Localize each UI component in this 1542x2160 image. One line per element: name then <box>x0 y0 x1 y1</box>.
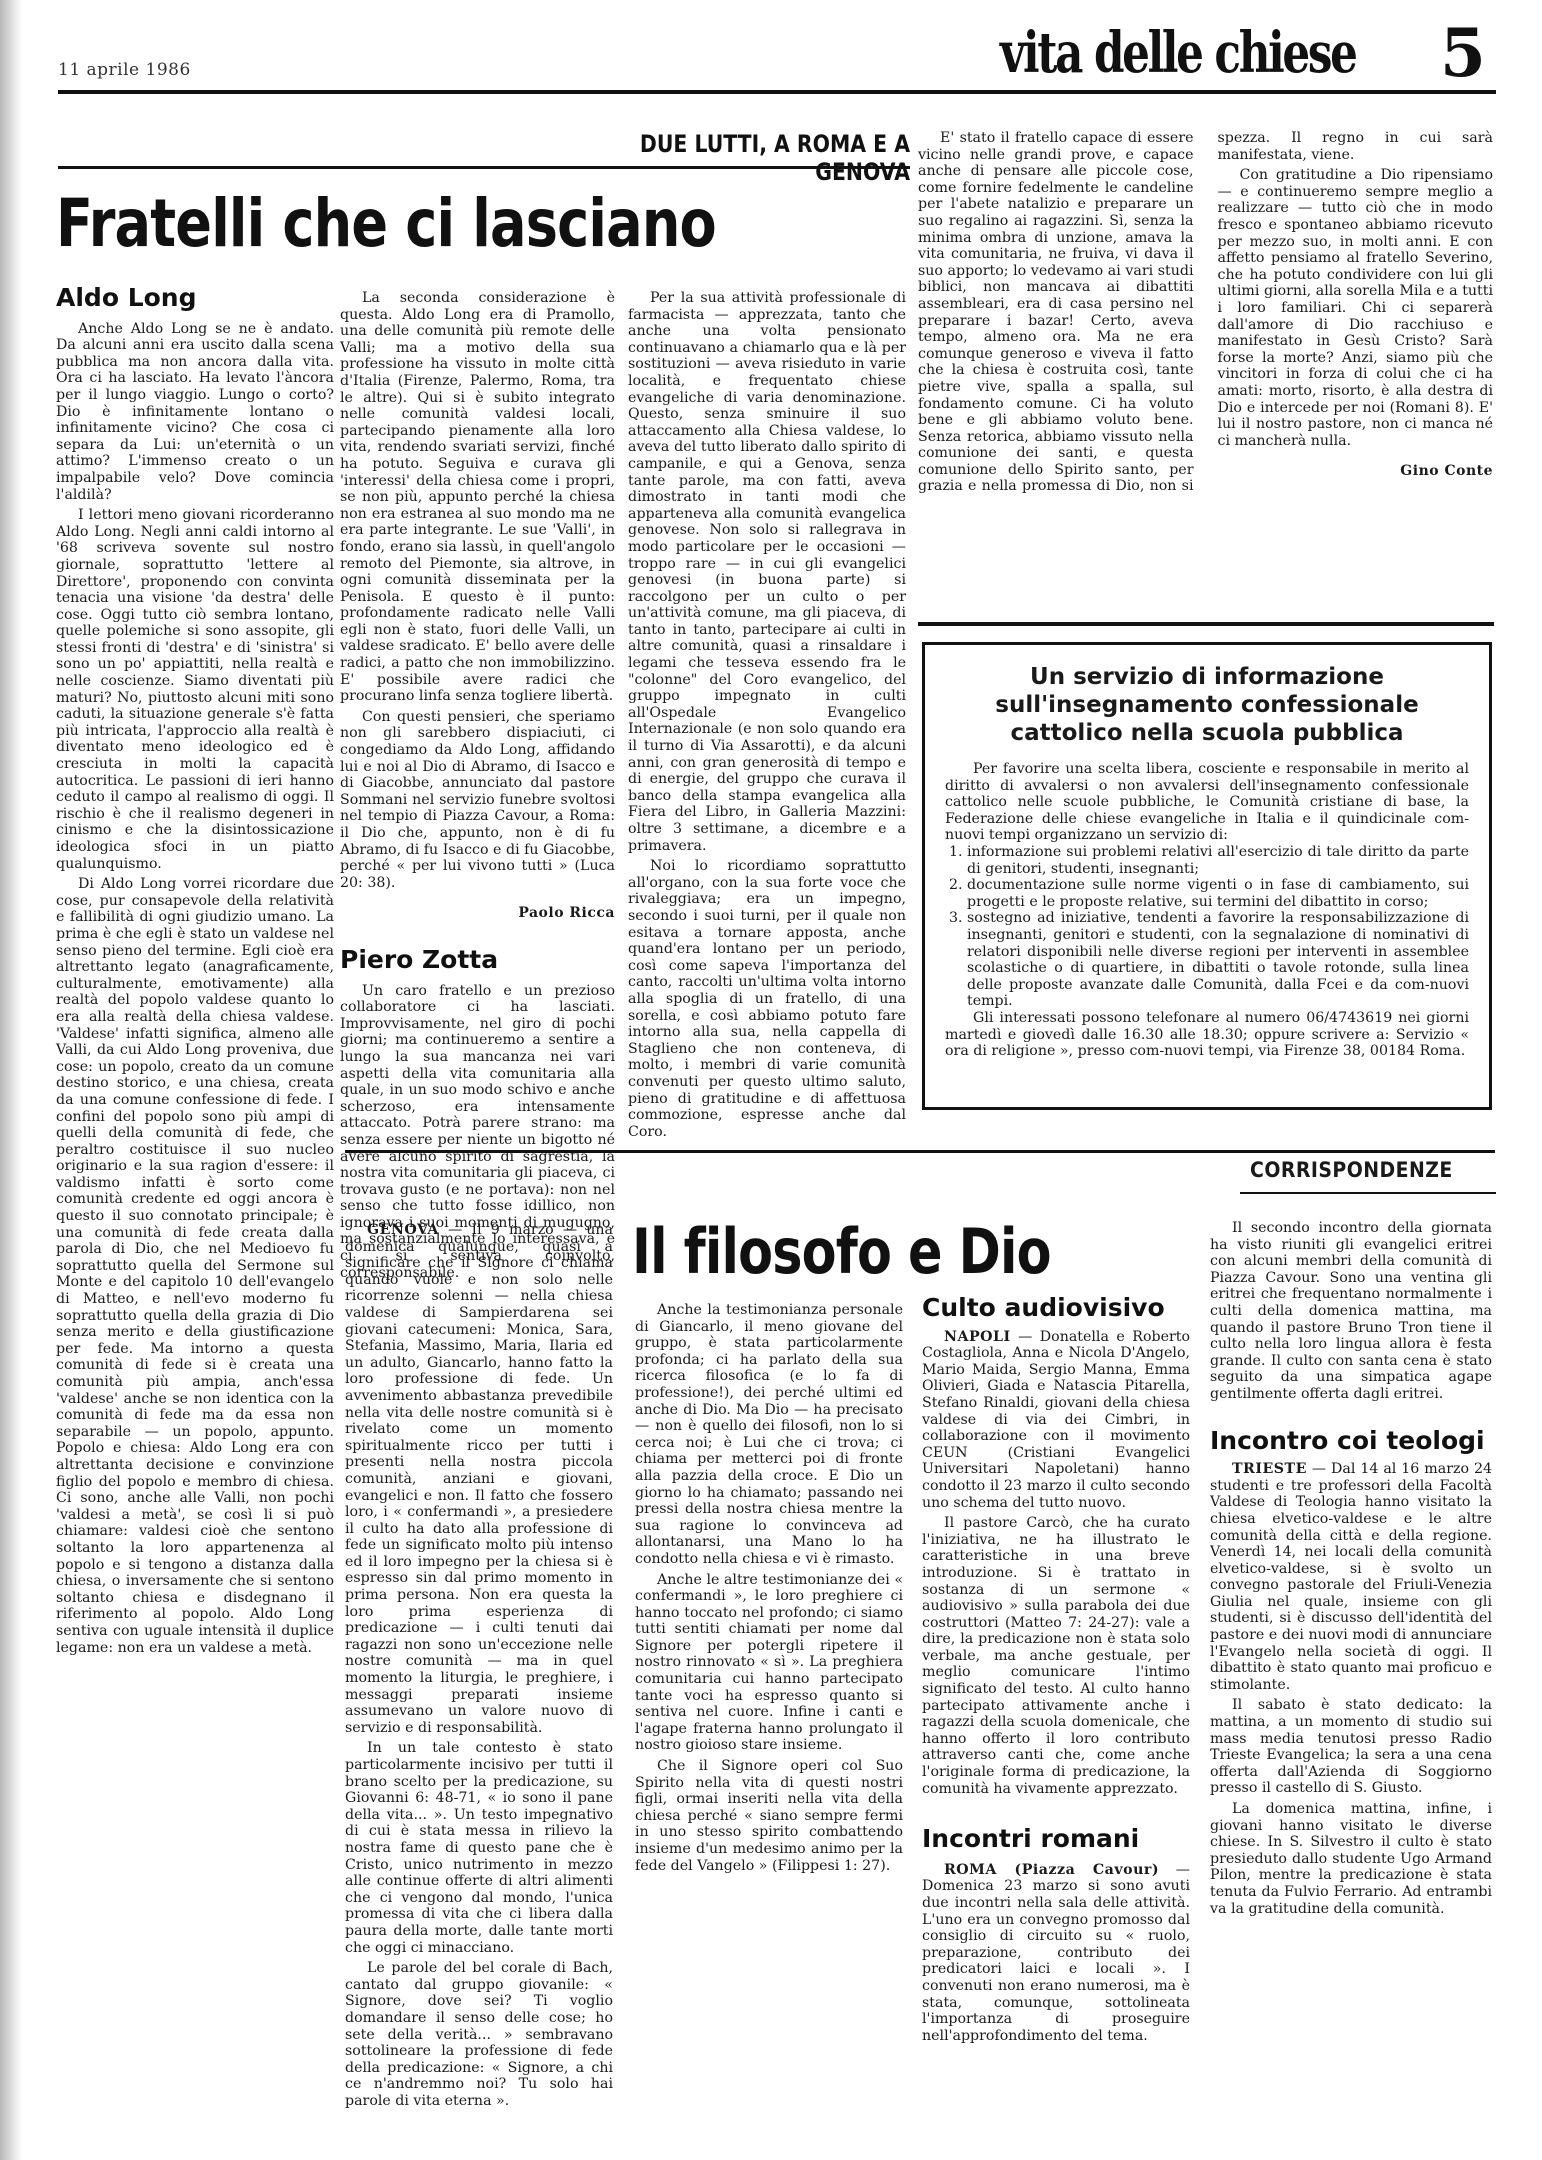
dateline: NAPOLI <box>944 1329 1011 1345</box>
paragraph: Con gratitudine a Dio ripensiamo — e con… <box>1218 167 1494 449</box>
paragraph: La domenica mattina, infine, i giovani h… <box>1210 1801 1492 1917</box>
dateline: ROMA (Piazza Cavour) <box>944 1862 1159 1878</box>
column-aldo-long: Aldo Long Anche Aldo Long se ne è andato… <box>56 290 334 1690</box>
notice-intro: Per favorire una scelta libera, coscient… <box>945 761 1469 844</box>
paragraph: ROMA (Piazza Cavour) —Domenica 23 marzo … <box>922 1862 1190 2045</box>
column-aldo-long-continued: La seconda considerazione è questa. Aldo… <box>340 290 615 1285</box>
issue-date: 11 aprile 1986 <box>58 60 191 80</box>
scan-page-edge <box>0 0 22 2160</box>
paragraph: Le parole del bel corale di Bach, cantat… <box>345 1960 613 2109</box>
section-title: vita delle chiese <box>1000 20 1356 86</box>
paragraph: GENOVA — Il 9 marzo — una domenica qualu… <box>345 1222 613 1736</box>
paragraph: NAPOLI — Donatella e Roberto Costagliola… <box>922 1329 1190 1512</box>
paragraph: Di Aldo Long vorrei ricordare due cose, … <box>56 876 334 1656</box>
notice-body: Per favorire una scelta libera, coscient… <box>945 761 1469 1060</box>
column-genova: GENOVA — Il 9 marzo — una domenica qualu… <box>345 1222 613 2113</box>
subhead-culto-audiovisivo: Culto audiovisivo <box>922 1300 1190 1317</box>
notice-item: documentazione sulle norme vigenti o in … <box>967 877 1469 910</box>
notice-item: sostegno ad iniziative, tendenti a favor… <box>967 910 1469 1010</box>
corrispondenze-rule <box>1240 1192 1496 1194</box>
paragraph: I lettori meno giovani ricorderanno Aldo… <box>56 507 334 872</box>
column-piero-zotta-continued: E' stato il fratello capace di essere vi… <box>918 130 1493 615</box>
notice-contact: Gli interessati possono telefonare al nu… <box>945 1010 1469 1060</box>
paragraph: Anche Aldo Long se ne è andato. Da alcun… <box>56 321 334 504</box>
notice-item: informazione sui problemi relativi all'e… <box>967 844 1469 877</box>
paragraph: Per la sua attività professionale di far… <box>628 290 906 854</box>
column-roma-trieste: Il secondo incontro della giornata ha vi… <box>1210 1220 1492 1921</box>
paragraph: Il sabato è stato dedicato: la mattina, … <box>1210 1697 1492 1797</box>
notice-list: informazione sui problemi relativi all'e… <box>945 844 1469 1010</box>
masthead-rule <box>58 90 1496 94</box>
main-headline: Fratelli che ci lasciano <box>56 185 716 262</box>
notice-title: Un servizio di informazione sull'insegna… <box>945 663 1469 747</box>
column-genova-continued: Anche la testimonianza personale di Gian… <box>635 1302 903 1878</box>
paragraph: Che il Signore operi col Suo Spirito nel… <box>635 1758 903 1874</box>
author-signature: Paolo Ricca <box>340 905 615 922</box>
obituary-name: Piero Zotta <box>340 952 615 969</box>
subhead-incontri-romani: Incontri romani <box>922 1831 1190 1848</box>
paragraph: TRIESTE — Dal 14 al 16 marzo 24 studenti… <box>1210 1461 1492 1693</box>
paragraph: Anche le altre testimonianze dei « confe… <box>635 1572 903 1755</box>
column-rule <box>918 622 1494 626</box>
paragraph: Noi lo ricordiamo soprattutto all'organo… <box>628 858 906 1140</box>
subhead-incontro-teologi: Incontro coi teologi <box>1210 1433 1492 1450</box>
dateline: GENOVA <box>367 1222 439 1238</box>
column-piero-zotta: Per la sua attività professionale di far… <box>628 290 906 1144</box>
paragraph: Il secondo incontro della giornata ha vi… <box>1210 1220 1492 1403</box>
obituary-name: Aldo Long <box>56 290 334 307</box>
dateline: TRIESTE <box>1232 1461 1307 1477</box>
kicker-rule <box>58 166 910 169</box>
paragraph-text: — Dal 14 al 16 marzo 24 studenti e tre p… <box>1210 1461 1492 1693</box>
column-napoli-roma: Culto audiovisivo NAPOLI — Donatella e R… <box>922 1300 1190 2048</box>
paragraph: Anche la testimonianza personale di Gian… <box>635 1302 903 1568</box>
paragraph-text: — Il 9 marzo — una domenica qualunque, q… <box>345 1222 613 1736</box>
paragraph: Con questi pensieri, che speriamo non gl… <box>340 709 615 892</box>
paragraph: La seconda considerazione è questa. Aldo… <box>340 290 615 705</box>
paragraph-text: — Donatella e Roberto Costagliola, Anna … <box>922 1329 1190 1511</box>
corrispondenze-label: CORRISPONDENZE <box>1250 1158 1453 1182</box>
article-kicker: DUE LUTTI, A ROMA E A GENOVA <box>545 130 911 186</box>
paragraph-text: —Domenica 23 marzo si sono avuti due inc… <box>922 1862 1190 2044</box>
page-number: 5 <box>1440 14 1486 92</box>
notice-box: Un servizio di informazione sull'insegna… <box>922 642 1492 1110</box>
author-signature: Gino Conte <box>1218 463 1494 480</box>
section-rule <box>345 1150 1495 1153</box>
paragraph: Il pastore Carcò, che ha curato l'inizia… <box>922 1515 1190 1797</box>
paragraph: In un tale contesto è stato particolarme… <box>345 1740 613 1956</box>
second-headline: Il filosofo e Dio <box>632 1215 1051 1288</box>
